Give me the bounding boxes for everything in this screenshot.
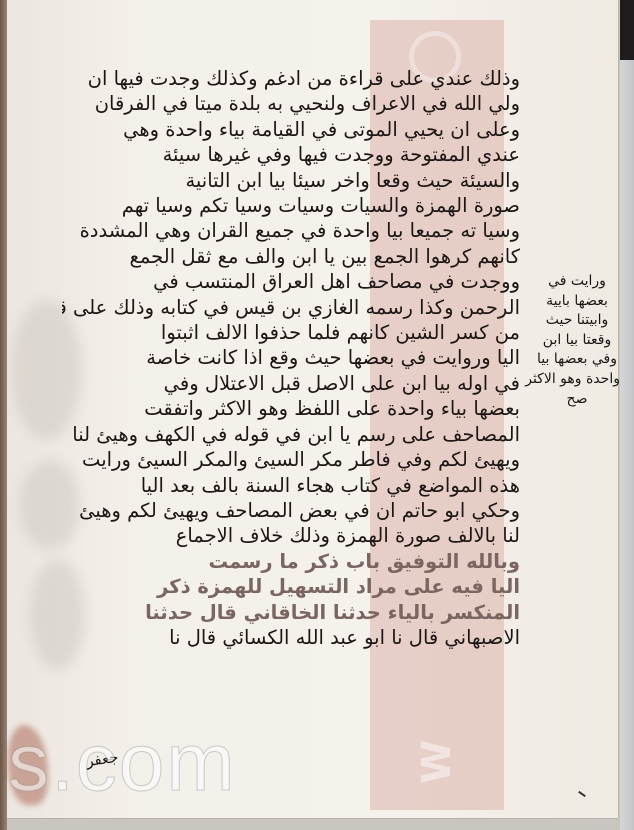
- text-line: عندي المفتوحة ووجدت فيها وفي غيرها سيئة: [62, 142, 520, 167]
- rubric-line: اليا فيه على مراد التسهيل للهمزة ذكر: [62, 574, 520, 599]
- watermark-w-icon: W: [415, 740, 459, 784]
- text-line: بعضها بياء واحدة على اللفظ وهو الاكثر وا…: [62, 396, 520, 421]
- watermark-text: s.com: [8, 722, 237, 804]
- text-line: والسيئة حيث وقعا واخر سيئا بيا ابن التان…: [62, 168, 520, 193]
- text-line: الرحمن وكذا رسمه الغازي بن قيس في كتابه …: [62, 295, 520, 320]
- text-line: المصاحف على رسم يا ابن في قوله في الكهف …: [62, 422, 520, 447]
- text-line: من كسر الشين كانهم فلما حذفوا الالف اثبت…: [62, 320, 520, 345]
- manuscript-scan: W وذلك عندي على قراءة من ادغم وكذلك وجدت…: [0, 0, 634, 830]
- text-line: ووجدت في مصاحف اهل العراق المنتسب في: [62, 269, 520, 294]
- marginal-note: ورايت في بعضها بايية وابيتنا حيث وقعتا ب…: [534, 272, 620, 409]
- text-line: هذه المواضع في كتاب هجاء السنة بالف بعد …: [62, 473, 520, 498]
- margin-line: وفي بعضها بيا: [534, 350, 620, 370]
- text-line: ويهيئ لكم وفي فاطر مكر السيئ والمكر السي…: [62, 447, 520, 472]
- margin-line: ورايت في: [534, 272, 620, 292]
- text-line: وذلك عندي على قراءة من ادغم وكذلك وجدت ف…: [62, 66, 520, 91]
- rubric-line: المنكسر بالياء حدثنا الخاقاني قال حدثنا: [62, 600, 520, 625]
- main-text-block: وذلك عندي على قراءة من ادغم وكذلك وجدت ف…: [62, 66, 520, 650]
- margin-line: بعضها بايية: [534, 292, 620, 312]
- binding-edge: [0, 0, 7, 830]
- text-line: وعلى ان يحيي الموتى في القيامة بياء واحد…: [62, 117, 520, 142]
- text-line: صورة الهمزة والسيات وسيات وسيا تكم وسيا …: [62, 193, 520, 218]
- scan-background-strip: [620, 60, 634, 830]
- text-line: الاصبهاني قال نا ابو عبد الله الكسائي قا…: [62, 625, 520, 650]
- text-line: لنا بالالف صورة الهمزة وذلك خلاف الاجماع: [62, 523, 520, 548]
- text-line: في اوله بيا ابن على الاصل قبل الاعتلال و…: [62, 371, 520, 396]
- margin-line: واحدة وهو الاكثر: [534, 370, 620, 390]
- text-line: ولي الله في الاعراف ولنحيي به بلدة ميتا …: [62, 91, 520, 116]
- text-line: اليا وروايت في بعضها حيث وقع اذا كانت خا…: [62, 345, 520, 370]
- margin-line: وابيتنا حيث: [534, 311, 620, 331]
- text-line: كانهم كرهوا الجمع بين يا ابن والف مع ثقل…: [62, 244, 520, 269]
- text-line: وحكي ابو حاتم ان في بعض المصاحف ويهيئ لك…: [62, 498, 520, 523]
- margin-line: وقعتا بيا ابن: [534, 331, 620, 351]
- margin-line: صح: [534, 390, 620, 410]
- text-line: وسيا ته جميعا بيا واحدة في جميع القران و…: [62, 218, 520, 243]
- scan-corner-shadow: [620, 0, 634, 60]
- rubric-line: وبالله التوفيق باب ذكر ما رسمت: [62, 549, 520, 574]
